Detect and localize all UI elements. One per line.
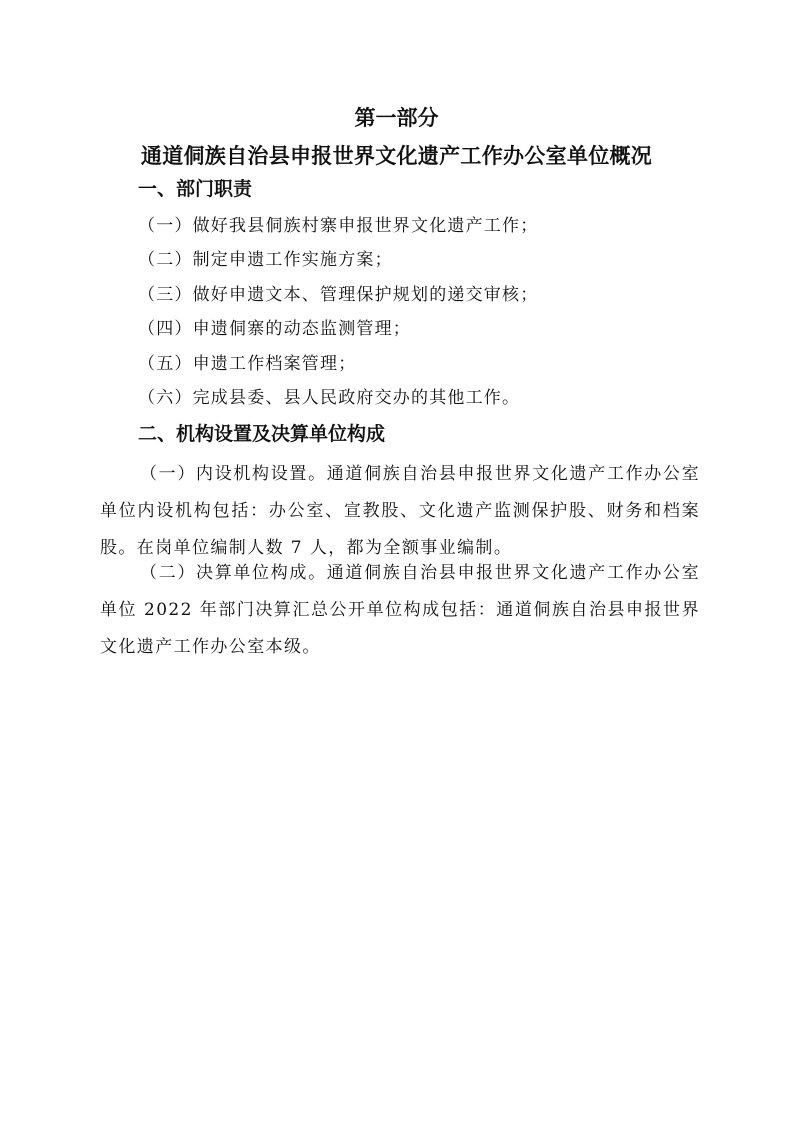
duty-item-3: （三）做好申遗文本、管理保护规划的递交审核； <box>138 281 538 309</box>
duty-item-2: （二）制定申遗工作实施方案； <box>138 246 393 274</box>
unit-title: 通道侗族自治县申报世界文化遗产工作办公室单位概况 <box>0 141 793 171</box>
section-heading-organization: 二、机构设置及决算单位构成 <box>138 420 385 448</box>
part-title: 第一部分 <box>0 103 793 133</box>
section-heading-duties: 一、部门职责 <box>138 175 252 203</box>
duty-item-5: （五）申遗工作档案管理； <box>138 350 356 378</box>
paragraph-budget-units: （二）决算单位构成。通道侗族自治县申报世界文化遗产工作办公室单位 2022 年部… <box>100 555 700 666</box>
duty-item-4: （四）申遗侗寨的动态监测管理； <box>138 315 411 343</box>
duty-item-1: （一）做好我县侗族村寨申报世界文化遗产工作； <box>138 212 538 240</box>
document-page: 第一部分 通道侗族自治县申报世界文化遗产工作办公室单位概况 一、部门职责 （一）… <box>0 0 793 1122</box>
duty-item-6: （六）完成县委、县人民政府交办的其他工作。 <box>138 384 520 412</box>
paragraph-internal-structure: （一）内设机构设置。通道侗族自治县申报世界文化遗产工作办公室单位内设机构包括：办… <box>100 456 700 567</box>
